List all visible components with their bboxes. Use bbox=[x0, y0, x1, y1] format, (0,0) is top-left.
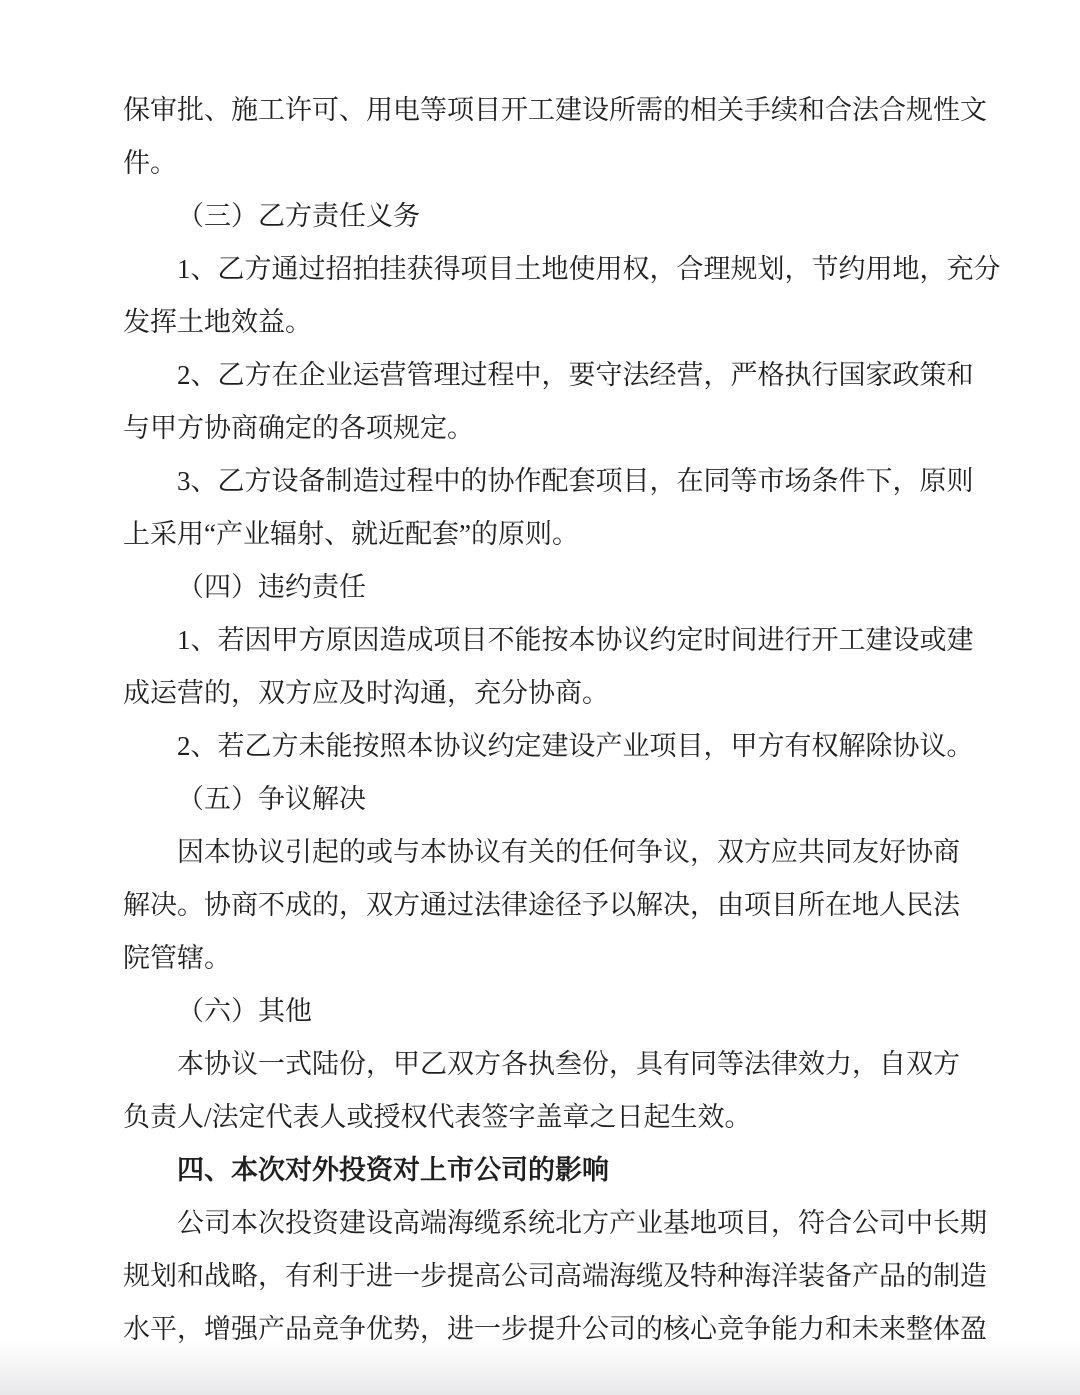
paragraph-line: 本协议一式陆份，甲乙双方各执叁份，具有同等法律效力，自双方 bbox=[123, 1038, 1023, 1091]
paragraph-line: 保审批、施工许可、用电等项目开工建设所需的相关手续和合法合规性文 bbox=[123, 84, 1023, 137]
document-text-block: 保审批、施工许可、用电等项目开工建设所需的相关手续和合法合规性文 件。 （三）乙… bbox=[123, 84, 1023, 1356]
paragraph-line: 解决。协商不成的，双方通过法律途径予以解决，由项目所在地人民法 bbox=[123, 879, 1023, 932]
paragraph-line: 1、乙方通过招拍挂获得项目土地使用权，合理规划，节约用地，充分 bbox=[123, 243, 1023, 296]
paragraph-line: 1、若因甲方原因造成项目不能按本协议约定时间进行开工建设或建 bbox=[123, 614, 1023, 667]
paragraph-line: 水平，增强产品竞争优势，进一步提升公司的核心竞争能力和未来整体盈 bbox=[123, 1303, 1023, 1356]
paragraph-line: 成运营的，双方应及时沟通，充分协商。 bbox=[123, 667, 1023, 720]
document-page: 保审批、施工许可、用电等项目开工建设所需的相关手续和合法合规性文 件。 （三）乙… bbox=[0, 0, 1080, 1395]
subsection-heading: （三）乙方责任义务 bbox=[123, 190, 1023, 243]
paragraph-line: 因本协议引起的或与本协议有关的任何争议，双方应共同友好协商 bbox=[123, 826, 1023, 879]
paragraph-line: 3、乙方设备制造过程中的协作配套项目，在同等市场条件下，原则 bbox=[123, 455, 1023, 508]
paragraph-line: 负责人/法定代表人或授权代表签字盖章之日起生效。 bbox=[123, 1091, 1023, 1144]
paragraph-line: 上采用“产业辐射、就近配套”的原则。 bbox=[123, 508, 1023, 561]
paragraph-line: 与甲方协商确定的各项规定。 bbox=[123, 402, 1023, 455]
paragraph-line: 院管辖。 bbox=[123, 932, 1023, 985]
subsection-heading: （六）其他 bbox=[123, 985, 1023, 1038]
paragraph-line: 规划和战略，有利于进一步提高公司高端海缆及特种海洋装备产品的制造 bbox=[123, 1250, 1023, 1303]
paragraph-line: 2、若乙方未能按照本协议约定建设产业项目，甲方有权解除协议。 bbox=[123, 720, 1023, 773]
section-heading: 四、本次对外投资对上市公司的影响 bbox=[123, 1144, 1023, 1197]
subsection-heading: （五）争议解决 bbox=[123, 773, 1023, 826]
paragraph-line: 件。 bbox=[123, 137, 1023, 190]
paragraph-line: 发挥土地效益。 bbox=[123, 296, 1023, 349]
paragraph-line: 公司本次投资建设高端海缆系统北方产业基地项目，符合公司中长期 bbox=[123, 1197, 1023, 1250]
subsection-heading: （四）违约责任 bbox=[123, 561, 1023, 614]
paragraph-line: 2、乙方在企业运营管理过程中，要守法经营，严格执行国家政策和 bbox=[123, 349, 1023, 402]
